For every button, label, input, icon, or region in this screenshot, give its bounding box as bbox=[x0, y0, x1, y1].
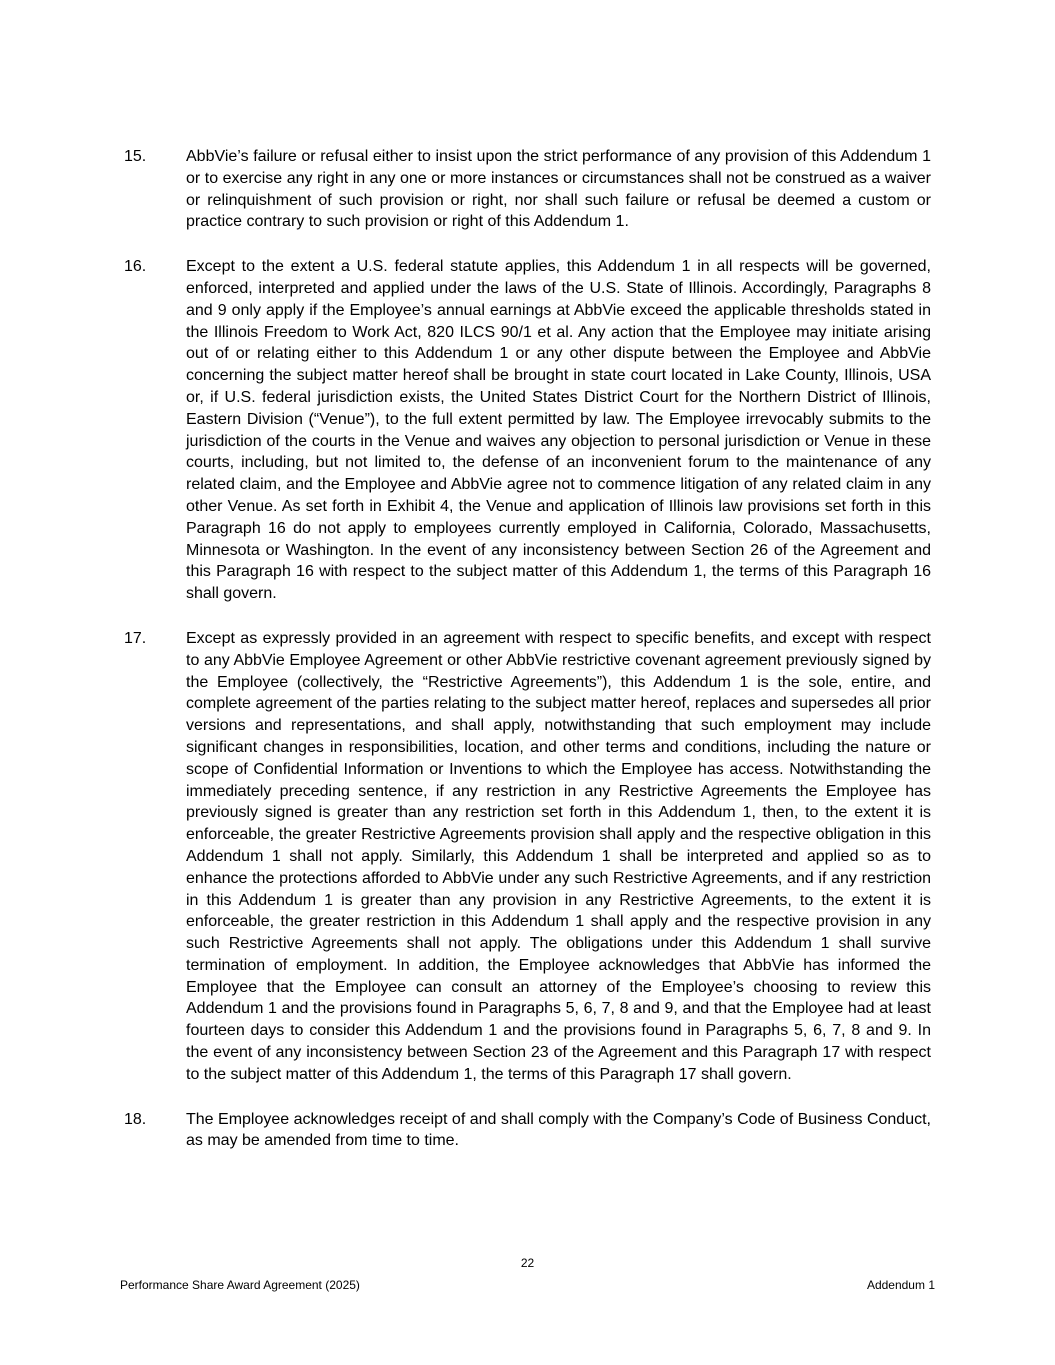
footer-document-title: Performance Share Award Agreement (2025) bbox=[120, 1278, 360, 1293]
paragraph-16: 16. Except to the extent a U.S. federal … bbox=[124, 256, 931, 605]
paragraph-text: The Employee acknowledges receipt of and… bbox=[186, 1109, 931, 1153]
document-page: 15. AbbVie’s failure or refusal either t… bbox=[0, 0, 1055, 1365]
paragraph-15: 15. AbbVie’s failure or refusal either t… bbox=[124, 146, 931, 233]
paragraph-number: 16. bbox=[124, 256, 186, 278]
paragraph-17: 17. Except as expressly provided in an a… bbox=[124, 628, 931, 1086]
paragraph-18: 18. The Employee acknowledges receipt of… bbox=[124, 1109, 931, 1153]
paragraph-number: 17. bbox=[124, 628, 186, 650]
paragraph-text: AbbVie’s failure or refusal either to in… bbox=[186, 146, 931, 233]
paragraph-text: Except to the extent a U.S. federal stat… bbox=[186, 256, 931, 605]
paragraph-number: 18. bbox=[124, 1109, 186, 1131]
footer-addendum-label: Addendum 1 bbox=[867, 1278, 935, 1293]
document-body: 15. AbbVie’s failure or refusal either t… bbox=[124, 146, 931, 1175]
paragraph-text: Except as expressly provided in an agree… bbox=[186, 628, 931, 1086]
footer-row: Performance Share Award Agreement (2025)… bbox=[120, 1278, 935, 1293]
paragraph-number: 15. bbox=[124, 146, 186, 168]
page-footer: 22 Performance Share Award Agreement (20… bbox=[120, 1256, 935, 1293]
page-number: 22 bbox=[120, 1256, 935, 1271]
